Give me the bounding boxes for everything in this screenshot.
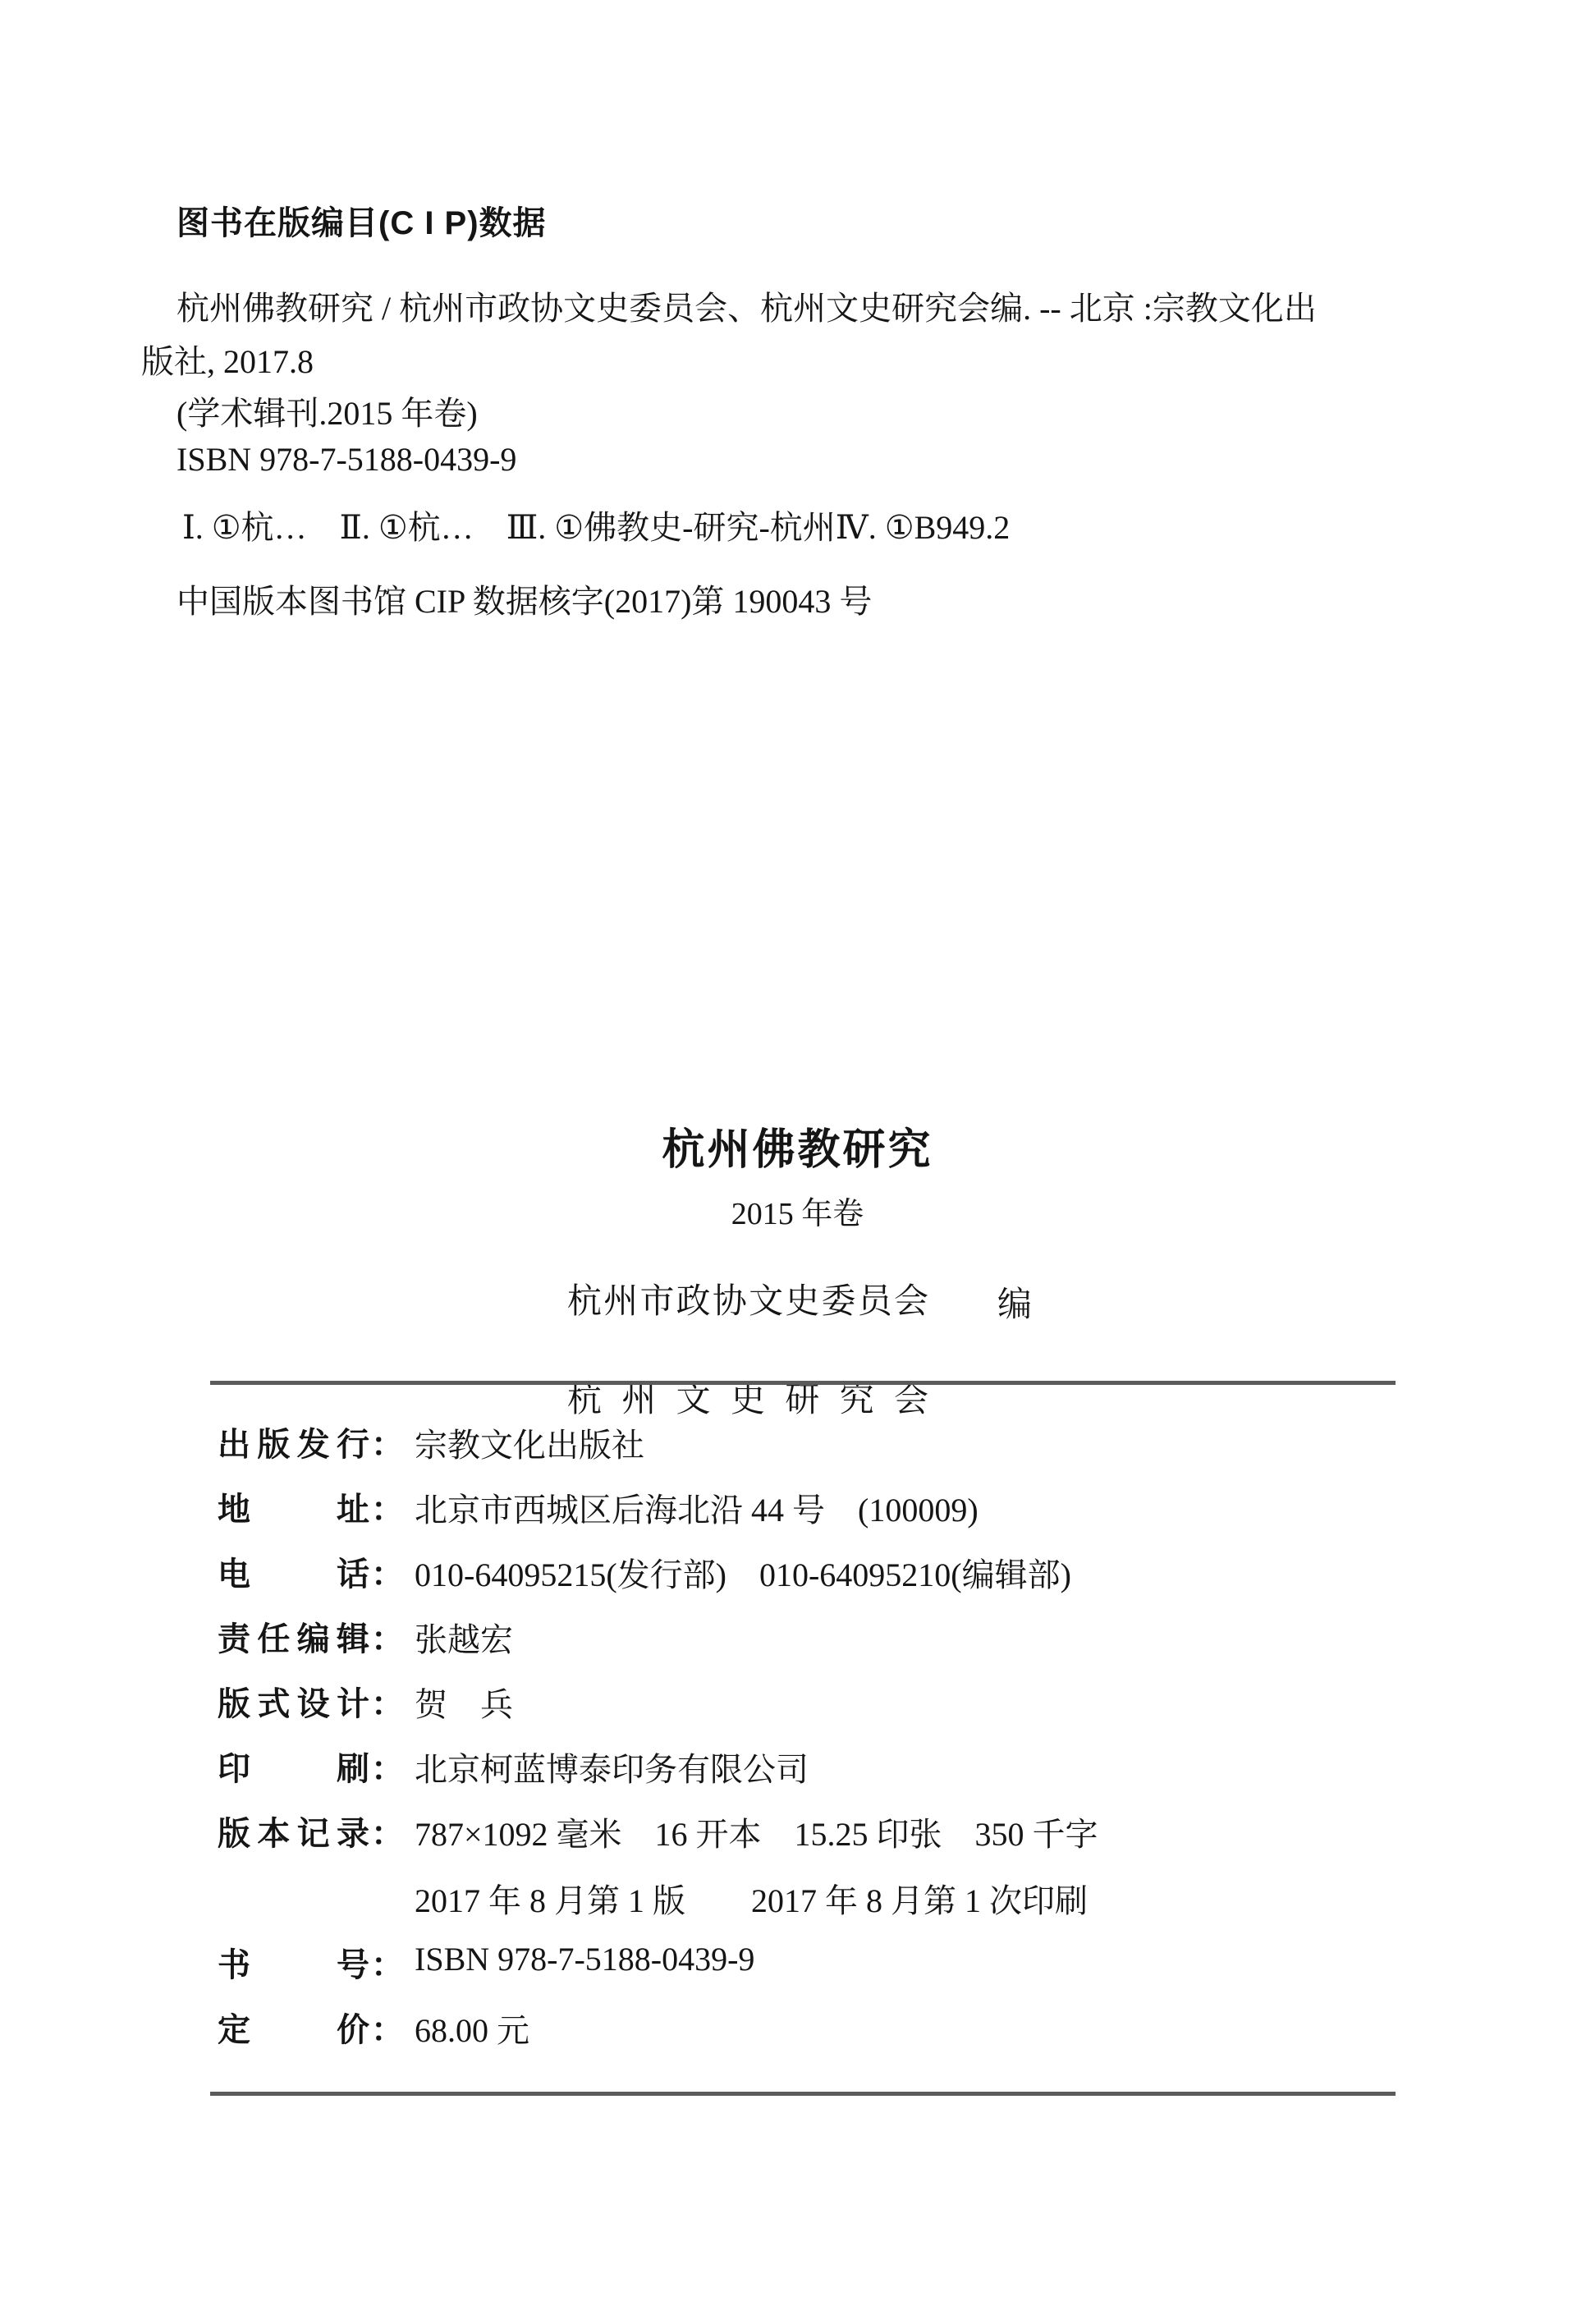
cip-isbn: ISBN 978-7-5188-0439-9	[176, 440, 516, 479]
row-label: 书号	[218, 1939, 369, 1986]
row-colon: ：	[371, 2004, 404, 2051]
editor-role-label: 编	[997, 1277, 1032, 1327]
cip-catalog-line-2: 版社, 2017.8	[141, 336, 314, 383]
colophon-row-price: 定价 ： 68.00 元	[218, 2004, 1595, 2050]
cip-heading: 图书在版编目(C I P)数据	[176, 197, 547, 244]
colophon-row-telephone: 电话 ： 010-64095215(发行部) 010-64095210(编辑部)	[218, 1548, 1595, 1594]
cip-catalog-line-1: 杭州佛教研究 / 杭州市政协文史委员会、杭州文史研究会编. -- 北京 :宗教文…	[176, 282, 1317, 329]
row-colon: ：	[371, 1808, 404, 1854]
colophon-row-layout-design: 版式设计 ： 贺 兵	[218, 1678, 1595, 1724]
colophon-row-edition-specs: 版本记录 ： 787×1092 毫米 16 开本 15.25 印张 350 千字	[218, 1808, 1595, 1854]
row-label: 出版发行	[218, 1419, 369, 1465]
row-label: 定价	[218, 2004, 369, 2051]
book-title: 杭州佛教研究	[0, 1115, 1595, 1176]
row-label: 责任编辑	[218, 1613, 369, 1660]
row-value: 北京柯蓝博泰印务有限公司	[415, 1744, 809, 1790]
colophon-row-book-number: 书号 ： ISBN 978-7-5188-0439-9	[218, 1939, 1595, 1985]
colophon-row-publisher: 出版发行 ： 宗教文化出版社	[218, 1419, 1595, 1465]
row-value: 北京市西城区后海北沿 44 号 (100009)	[415, 1484, 979, 1531]
editor-org-1: 杭州市政协文史委员会	[567, 1274, 928, 1323]
cip-registration-number: 中国版本图书馆 CIP 数据核字(2017)第 190043 号	[176, 575, 872, 622]
row-colon: ：	[371, 1939, 404, 1986]
row-value: 贺 兵	[415, 1679, 513, 1726]
colophon-row-printer: 印刷 ： 北京柯蓝博泰印务有限公司	[218, 1743, 1595, 1789]
row-value: 宗教文化出版社	[415, 1419, 644, 1466]
cip-classification: Ⅰ. ①杭… Ⅱ. ①杭… Ⅲ. ①佛教史-研究-杭州Ⅳ. ①B949.2	[182, 502, 1010, 548]
row-colon: ：	[371, 1483, 404, 1530]
row-colon: ：	[371, 1548, 404, 1595]
divider-rule-top	[210, 1381, 1396, 1385]
row-label: 电话	[218, 1548, 369, 1595]
row-value: ISBN 978-7-5188-0439-9	[415, 1940, 754, 1978]
row-colon: ：	[371, 1419, 404, 1465]
cip-series-note: (学术辑刊.2015 年卷)	[176, 387, 478, 434]
volume-label: 2015 年卷	[0, 1188, 1595, 1233]
row-label: 版式设计	[218, 1678, 369, 1725]
row-value: 2017 年 8 月第 1 版 2017 年 8 月第 1 次印刷	[415, 1875, 1088, 1922]
row-colon: ：	[371, 1743, 404, 1790]
divider-rule-bottom	[210, 2092, 1396, 2096]
row-value: 68.00 元	[415, 2005, 529, 2051]
colophon-row-responsible-editor: 责任编辑 ： 张越宏	[218, 1613, 1595, 1659]
row-value: 787×1092 毫米 16 开本 15.25 印张 350 千字	[415, 1808, 1098, 1855]
row-value: 张越宏	[415, 1614, 513, 1661]
colophon-row-address: 地址 ： 北京市西城区后海北沿 44 号 (100009)	[218, 1483, 1595, 1529]
editor-org-2: 杭州文史研究会	[567, 1373, 928, 1422]
copyright-page: 图书在版编目(C I P)数据 杭州佛教研究 / 杭州市政协文史委员会、杭州文史…	[0, 0, 1595, 2324]
row-label: 地址	[218, 1483, 369, 1530]
colophon-row-edition-printing: 2017 年 8 月第 1 版 2017 年 8 月第 1 次印刷	[218, 1874, 1595, 1920]
row-value: 010-64095215(发行部) 010-64095210(编辑部)	[415, 1549, 1071, 1596]
row-colon: ：	[371, 1613, 404, 1660]
row-colon: ：	[371, 1678, 404, 1725]
row-label: 印刷	[218, 1743, 369, 1790]
row-label: 版本记录	[218, 1808, 369, 1854]
